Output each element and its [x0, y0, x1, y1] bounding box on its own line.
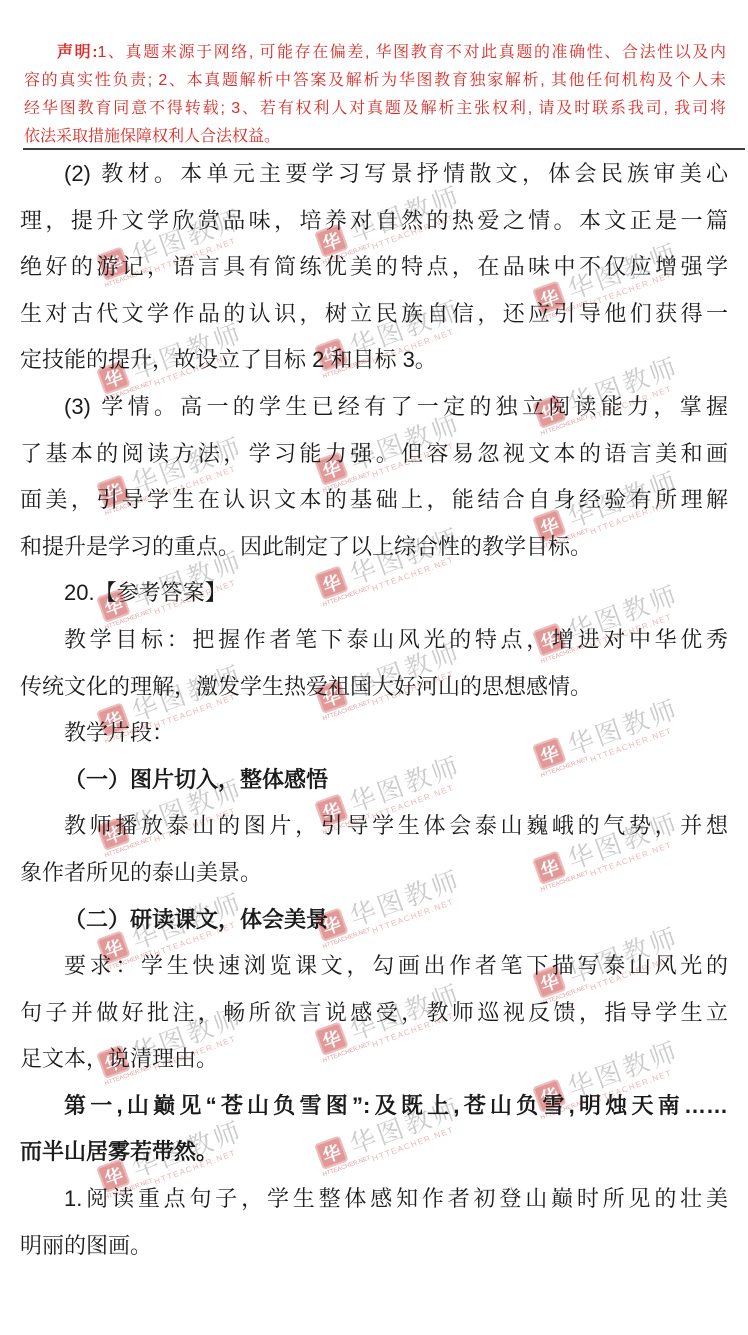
body-line: 象作者所见的泰山美景。 [20, 850, 728, 897]
body-line: 20.【参考答案】 [20, 570, 728, 617]
document-body: (2) 教材。本单元主要学习写景抒情散文，体会民族审美心理，提升文学欣赏品味，培… [20, 151, 728, 1269]
body-line: （二）研读课文，体会美景 [20, 897, 728, 944]
divider-line [23, 148, 745, 150]
disclaimer-label: 声明: [57, 44, 98, 61]
body-line: 教学目标：把握作者笔下泰山风光的特点，增进对中华优秀 [20, 617, 728, 664]
disclaimer-line: 依法采取措施保障权利人合法权益。 [24, 123, 726, 151]
body-line: 要求：学生快速浏览课文，勾画出作者笔下描写泰山风光的 [20, 943, 728, 990]
body-line: 教学片段： [20, 710, 728, 757]
body-line: 句子并做好批注，畅所欲言说感受，教师巡视反馈，指导学生立 [20, 990, 728, 1037]
body-line: (3) 学情。高一的学生已经有了一定的独立阅读能力，掌握 [20, 384, 728, 431]
body-line: 传统文化的理解，激发学生热爱祖国大好河山的思想感情。 [20, 664, 728, 711]
body-line: 定技能的提升，故设立了目标 2 和目标 3。 [20, 337, 728, 384]
body-line: 和提升是学习的重点。因此制定了以上综合性的教学目标。 [20, 524, 728, 571]
body-line: 生对古代文学作品的认识，树立民族自信，还应引导他们获得一 [20, 291, 728, 338]
document-page: 华HTTEACHER.NET华图教师HTTEACHER.NET华HTTEACHE… [0, 0, 748, 1335]
body-line: 1.阅读重点句子，学生整体感知作者初登山巅时所见的壮美 [20, 1176, 728, 1223]
body-line: 教师播放泰山的图片，引导学生体会泰山巍峨的气势，并想 [20, 803, 728, 850]
body-line: 绝好的游记，语言具有简练优美的特点，在品味中不仅应增强学 [20, 244, 728, 291]
body-line: 理，提升文学欣赏品味，培养对自然的热爱之情。本文正是一篇 [20, 198, 728, 245]
disclaimer-line: 容的真实性负责; 2、本真题解析中答案及解析为华图教育独家解析, 其他任何机构及… [24, 67, 726, 95]
body-line: （一）图片切入，整体感悟 [20, 757, 728, 804]
disclaimer: 声明:1、真题来源于网络, 可能存在偏差, 华图教育不对此真题的准确性、合法性以… [24, 39, 726, 151]
body-line: 面美，引导学生在认识文本的基础上，能结合自身经验有所理解 [20, 477, 728, 524]
body-line: 足文本，说清理由。 [20, 1036, 728, 1083]
body-line: 而半山居雾若带然。 [20, 1129, 728, 1176]
disclaimer-line: 经华图教育同意不得转载; 3、若有权利人对真题及解析主张权利, 请及时联系我司,… [24, 95, 726, 123]
body-line: (2) 教材。本单元主要学习写景抒情散文，体会民族审美心 [20, 151, 728, 198]
disclaimer-line: 声明:1、真题来源于网络, 可能存在偏差, 华图教育不对此真题的准确性、合法性以… [24, 39, 726, 67]
body-line: 了基本的阅读方法，学习能力强。但容易忽视文本的语言美和画 [20, 431, 728, 478]
body-line: 第一,山巅见“苍山负雪图”:及既上,苍山负雪,明烛天南…… [20, 1083, 728, 1130]
body-line: 明丽的图画。 [20, 1223, 728, 1270]
